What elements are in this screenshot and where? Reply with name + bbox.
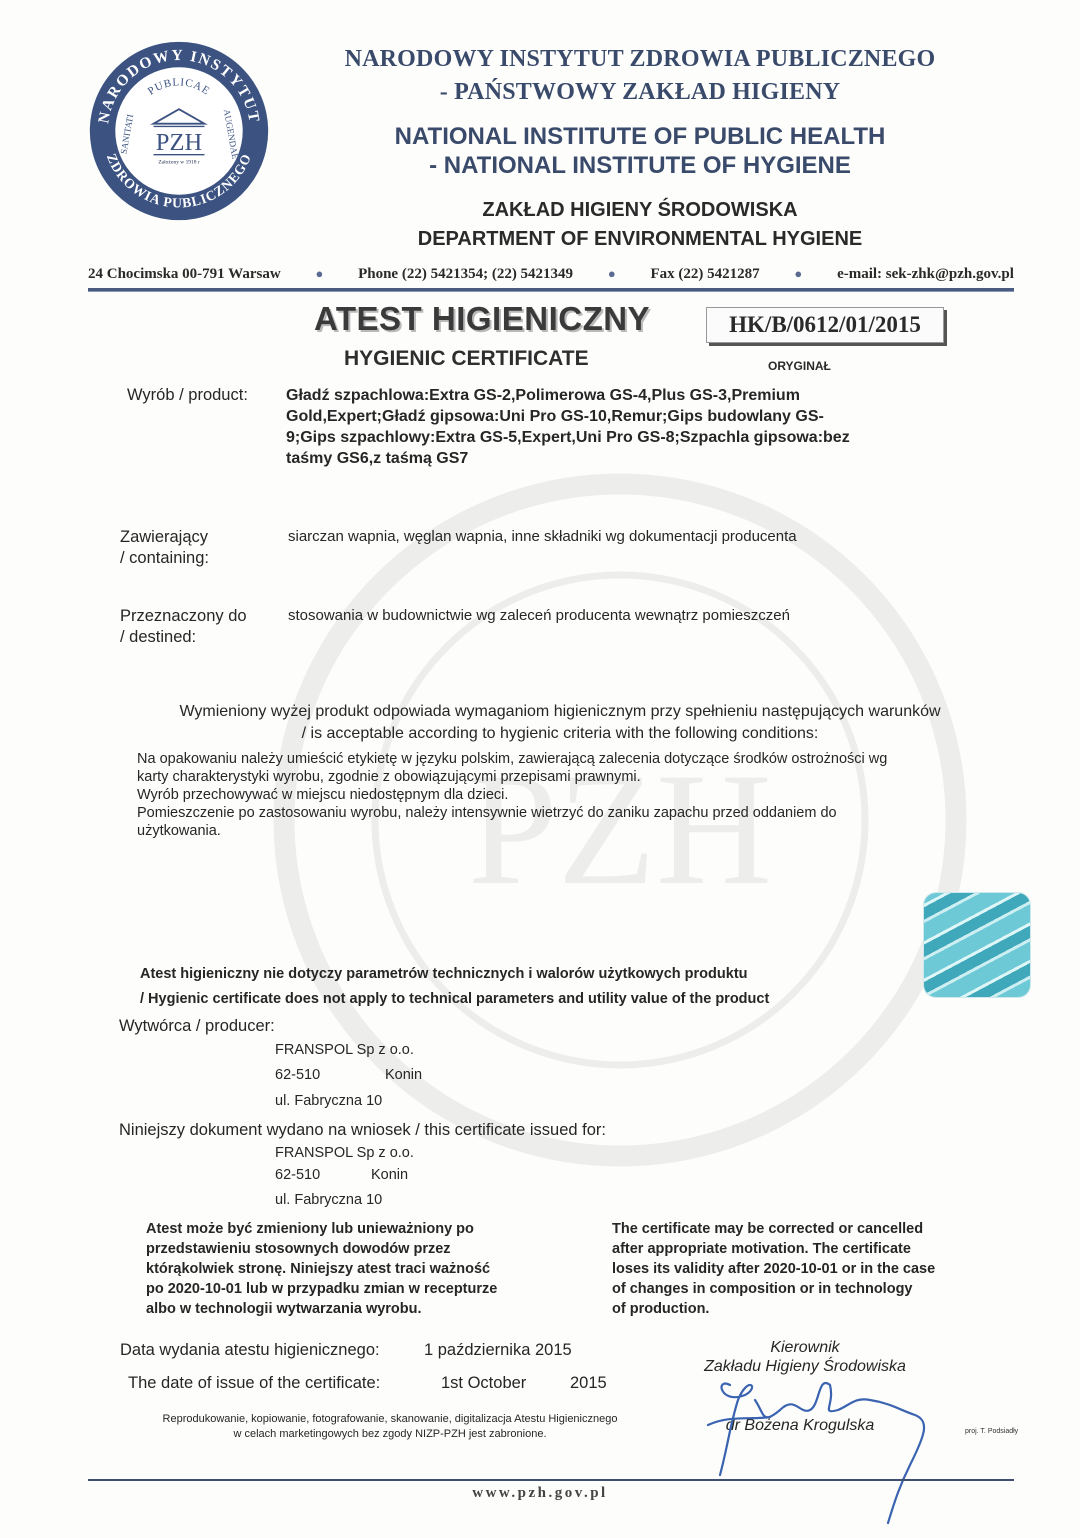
issue-date-en-day: 1st October (441, 1374, 526, 1393)
bullet-icon: ● (790, 266, 806, 283)
validity-line-pl: po 2020-10-01 lub w przypadku zmian w re… (146, 1279, 497, 1299)
validity-line-en: of changes in composition or in technolo… (612, 1279, 935, 1299)
disclaimer-en: / Hygienic certificate does not apply to… (140, 991, 769, 1007)
product-label: Wyrób / product: (127, 385, 248, 406)
contact-address: 24 Chocimska 00-791 Warsaw (88, 266, 281, 283)
bullet-icon: ● (311, 266, 327, 283)
institute-name-en-line1: NATIONAL INSTITUTE OF PUBLIC HEALTH (260, 123, 1020, 151)
condition-line: karty charakterystyki wyrobu, zgodnie z … (137, 768, 1027, 786)
website-link[interactable]: www.pzh.gov.pl (0, 1485, 1080, 1502)
product-line: Gold,Expert;Gładź gipsowa:Uni Pro GS-10,… (286, 406, 1006, 427)
issue-date-label-pl: Data wydania atestu higienicznego: (120, 1341, 380, 1360)
institute-name-en-line2: - NATIONAL INSTITUTE OF HYGIENE (260, 152, 1020, 180)
validity-note-pl: Atest może być zmieniony lub unieważnion… (146, 1219, 497, 1319)
validity-line-pl: przedstawieniu stosownych dowodów przez (146, 1239, 497, 1259)
destined-label: Przeznaczony do / destined: (120, 606, 247, 648)
contact-phone: Phone (22) 5421354; (22) 5421349 (358, 266, 573, 283)
hologram-sticker (924, 893, 1030, 997)
validity-line-en: of production. (612, 1299, 935, 1319)
contact-fax: Fax (22) 5421287 (650, 266, 759, 283)
department-name-en: DEPARTMENT OF ENVIRONMENTAL HYGIENE (260, 228, 1020, 251)
destined-label-pl: Przeznaczony do (120, 606, 247, 627)
containing-value: siarczan wapnia, węglan wapnia, inne skł… (288, 528, 797, 545)
producer-street: ul. Fabryczna 10 (275, 1093, 382, 1109)
validity-line-pl: albo w technologii wytwarzania wyrobu. (146, 1299, 497, 1319)
disclaimer-pl: Atest higieniczny nie dotyczy parametrów… (140, 966, 748, 982)
destined-value: stosowania w budownictwie wg zaleceń pro… (288, 607, 790, 624)
validity-line-en: The certificate may be corrected or canc… (612, 1219, 935, 1239)
certificate-title-en: HYGIENIC CERTIFICATE (344, 347, 589, 371)
validity-line-pl: którąkolwiek stronę. Niniejszy atest tra… (146, 1259, 497, 1279)
product-line: taśmy GS6,z taśmą GS7 (286, 448, 1006, 469)
applicant-label: Niniejszy dokument wydano na wniosek / t… (119, 1120, 606, 1141)
condition-line: Pomieszczenie po zastosowaniu wyrobu, na… (137, 804, 1027, 822)
design-credit: proj. T. Podsiadły (965, 1428, 1018, 1435)
applicant-name: FRANSPOL Sp z o.o. (275, 1145, 414, 1161)
producer-city: Konin (385, 1067, 422, 1083)
containing-label: Zawierający / containing: (120, 527, 209, 569)
certificate-number-box: HK/B/0612/01/2015 (706, 307, 944, 343)
containing-label-en: / containing: (120, 548, 209, 569)
validity-line-pl: Atest może być zmieniony lub unieważnion… (146, 1219, 497, 1239)
conditions-intro-en: / is acceptable according to hygienic cr… (90, 725, 1030, 743)
header-divider (88, 288, 1014, 292)
svg-text:Założony w 1918 r: Założony w 1918 r (158, 160, 200, 166)
applicant-city: Konin (371, 1167, 408, 1183)
bullet-icon: ● (604, 266, 620, 283)
containing-label-pl: Zawierający (120, 527, 209, 548)
condition-line: użytkowania. (137, 822, 1027, 840)
issue-date-label-en: The date of issue of the certificate: (128, 1374, 380, 1393)
condition-line: Wyrób przechowywać w miejscu niedostępny… (137, 786, 1027, 804)
producer-name: FRANSPOL Sp z o.o. (275, 1042, 414, 1058)
pzh-seal-logo: NARODOWY INSTYTUT ZDROWIA PUBLICZNEGO PU… (88, 40, 270, 222)
condition-line: Na opakowaniu należy umieścić etykietę w… (137, 750, 1027, 768)
validity-note-en: The certificate may be corrected or canc… (612, 1219, 935, 1319)
reproduction-note-line: Reprodukowanie, kopiowanie, fotografowan… (120, 1412, 660, 1427)
product-line: 9;Gips szpachlowy:Extra GS-5,Expert,Uni … (286, 427, 1006, 448)
original-status-label: ORYGINAŁ (768, 359, 831, 373)
applicant-postal-code: 62-510 (275, 1167, 320, 1183)
institute-name-pl-line2: - PAŃSTWOWY ZAKŁAD HIGIENY (260, 79, 1020, 106)
product-value: Gładź szpachlowa:Extra GS-2,Polimerowa G… (286, 385, 1006, 469)
issue-date-pl: 1 października 2015 (424, 1341, 572, 1360)
destined-label-en: / destined: (120, 627, 247, 648)
producer-postal-code: 62-510 (275, 1067, 320, 1083)
reproduction-note-line: w celach marketingowych bez zgody NIZP-P… (120, 1427, 660, 1442)
issue-date-en-year: 2015 (570, 1374, 607, 1393)
product-line: Gładź szpachlowa:Extra GS-2,Polimerowa G… (286, 385, 1006, 406)
department-name-pl: ZAKŁAD HIGIENY ŚRODOWISKA (260, 199, 1020, 222)
applicant-street: ul. Fabryczna 10 (275, 1192, 382, 1208)
certificate-title-pl: ATEST HIGIENICZNY (314, 300, 650, 338)
conditions-intro-pl: Wymieniony wyżej produkt odpowiada wymag… (90, 703, 1030, 721)
producer-label: Wytwórca / producer: (119, 1016, 275, 1037)
reproduction-note: Reprodukowanie, kopiowanie, fotografowan… (120, 1412, 660, 1442)
validity-line-en: after appropriate motivation. The certif… (612, 1239, 935, 1259)
validity-line-en: loses its validity after 2020-10-01 or i… (612, 1259, 935, 1279)
institute-name-pl-line1: NARODOWY INSTYTUT ZDROWIA PUBLICZNEGO (260, 46, 1020, 73)
conditions-list: Na opakowaniu należy umieścić etykietę w… (137, 750, 1027, 840)
footer-divider (88, 1479, 1014, 1481)
svg-text:PZH: PZH (156, 129, 203, 156)
contact-line: 24 Chocimska 00-791 Warsaw ● Phone (22) … (88, 266, 1014, 283)
contact-email[interactable]: e-mail: sek-zhk@pzh.gov.pl (837, 266, 1014, 283)
